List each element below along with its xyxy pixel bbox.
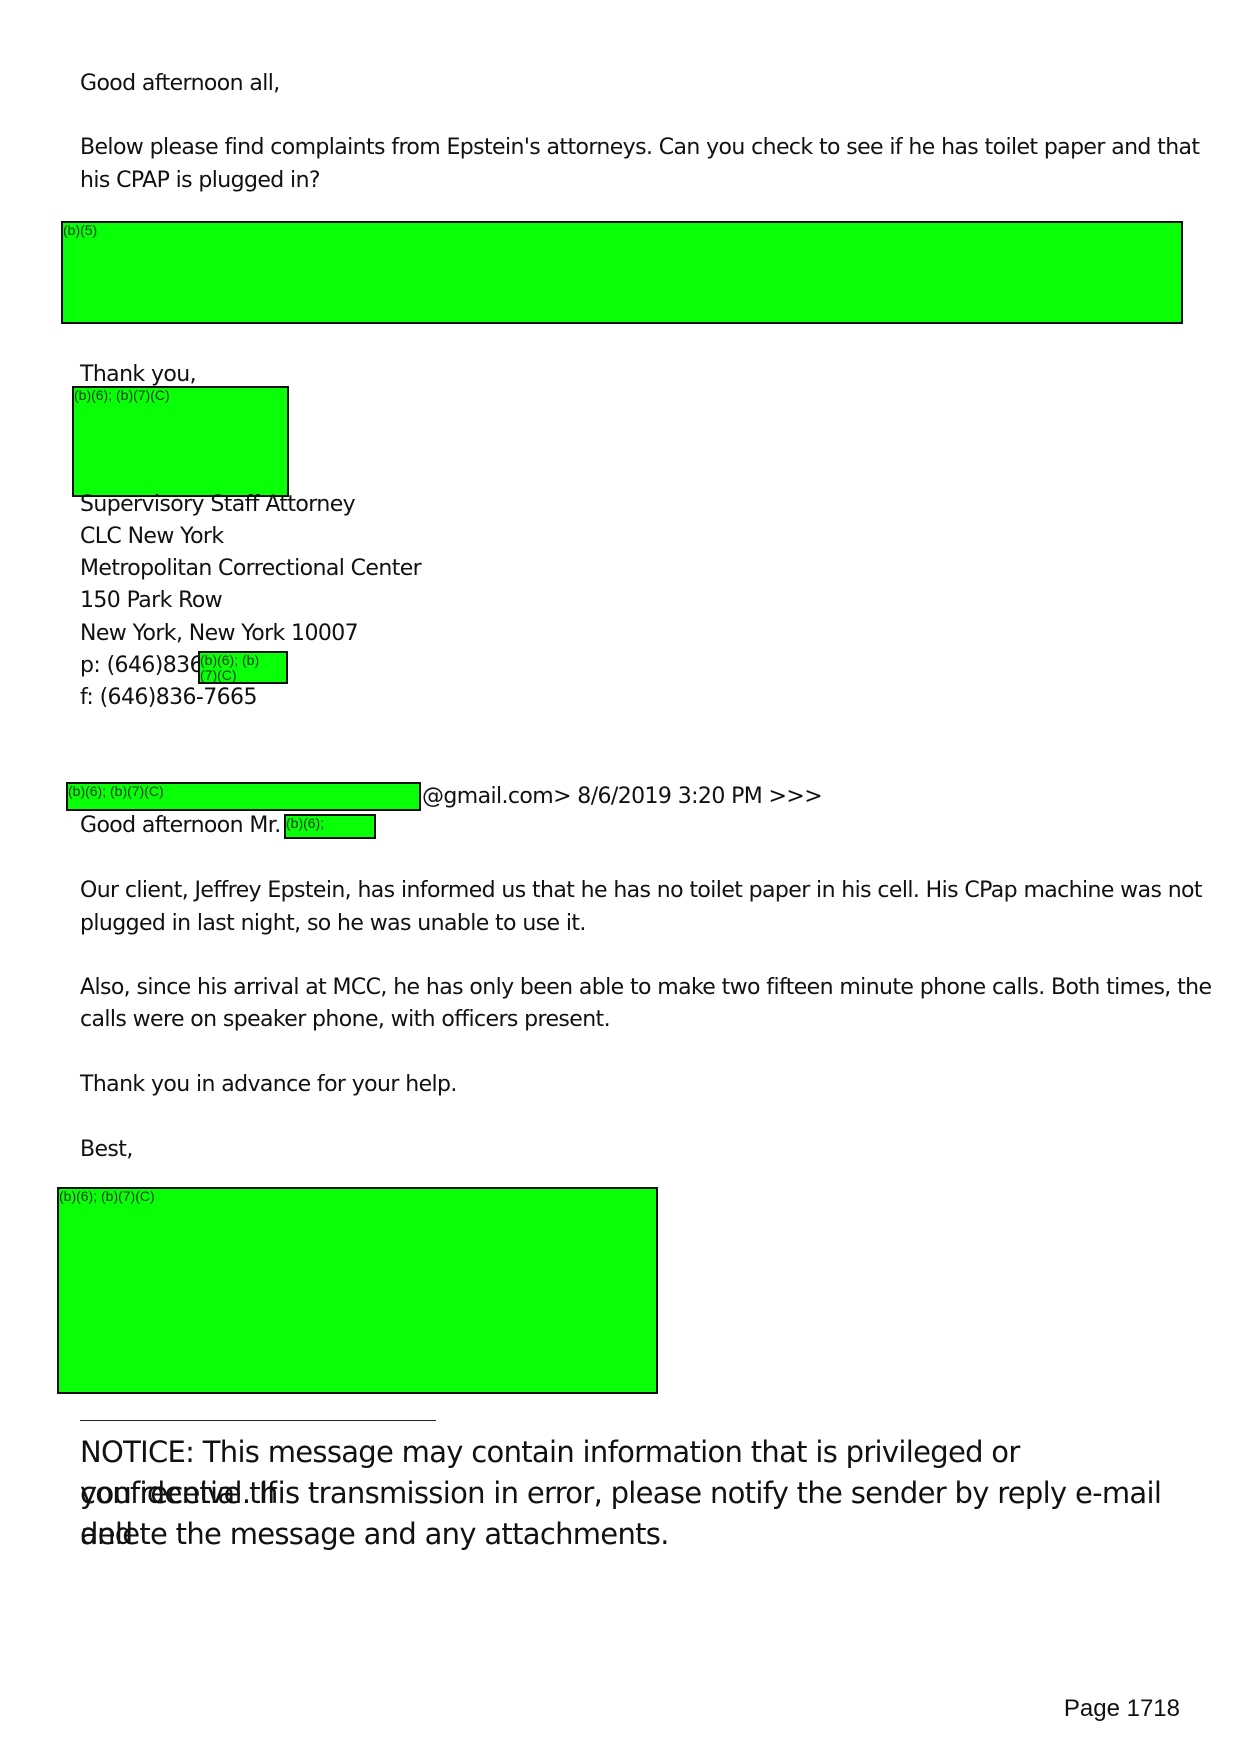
page-number: Page 1718 <box>1064 1695 1180 1723</box>
forwarded-para2-line2: calls were on speaker phone, with office… <box>80 1007 610 1033</box>
body-line-1: Below please find complaints from Epstei… <box>80 135 1199 161</box>
signature-title: Supervisory Staff Attorney <box>80 492 355 518</box>
redaction-recipient-name: (b)(6); <box>284 814 376 839</box>
closing-thank-you: Thank you, <box>80 362 196 388</box>
forwarded-para1-line1: Our client, Jeffrey Epstein, has informe… <box>80 878 1202 904</box>
forwarded-para2-line1: Also, since his arrival at MCC, he has o… <box>80 975 1211 1001</box>
signature-street: 150 Park Row <box>80 588 222 614</box>
body-line-2: his CPAP is plugged in? <box>80 168 320 194</box>
redaction-sender-name: (b)(6); (b)(7)(C) <box>72 386 289 497</box>
redaction-code: (b)(6); (b)(7)(C) <box>59 1189 155 1204</box>
redaction-attorney-signature: (b)(6); (b)(7)(C) <box>57 1187 658 1394</box>
signature-office: CLC New York <box>80 524 224 550</box>
redaction-phone-number: (b)(6); (b)(7)(C) <box>198 651 288 684</box>
forwarded-thanks: Thank you in advance for your help. <box>80 1072 457 1098</box>
redaction-b5: (b)(5) <box>61 221 1183 324</box>
redaction-code: (b)(5) <box>63 223 97 238</box>
redaction-code: (b)(6); (b)(7)(C) <box>200 653 260 683</box>
signature-city: New York, New York 10007 <box>80 621 358 647</box>
forwarded-salutation: Good afternoon Mr. <box>80 813 281 839</box>
notice-line-3: delete the message and any attachments. <box>80 1514 1190 1555</box>
greeting: Good afternoon all, <box>80 71 280 97</box>
forwarded-header: @gmail.com> 8/6/2019 3:20 PM >>> <box>422 784 822 809</box>
signature-facility: Metropolitan Correctional Center <box>80 556 421 582</box>
redaction-code: (b)(6); <box>286 816 324 831</box>
forwarded-para1-line2: plugged in last night, so he was unable … <box>80 911 586 937</box>
redaction-sender-email: (b)(6); (b)(7)(C) <box>66 782 421 811</box>
signature-phone: p: (646)836- <box>80 653 210 679</box>
signature-fax: f: (646)836-7665 <box>80 685 257 711</box>
notice-divider <box>80 1420 436 1421</box>
redaction-code: (b)(6); (b)(7)(C) <box>68 784 164 799</box>
redaction-code: (b)(6); (b)(7)(C) <box>74 388 170 403</box>
forwarded-signoff: Best, <box>80 1137 133 1163</box>
